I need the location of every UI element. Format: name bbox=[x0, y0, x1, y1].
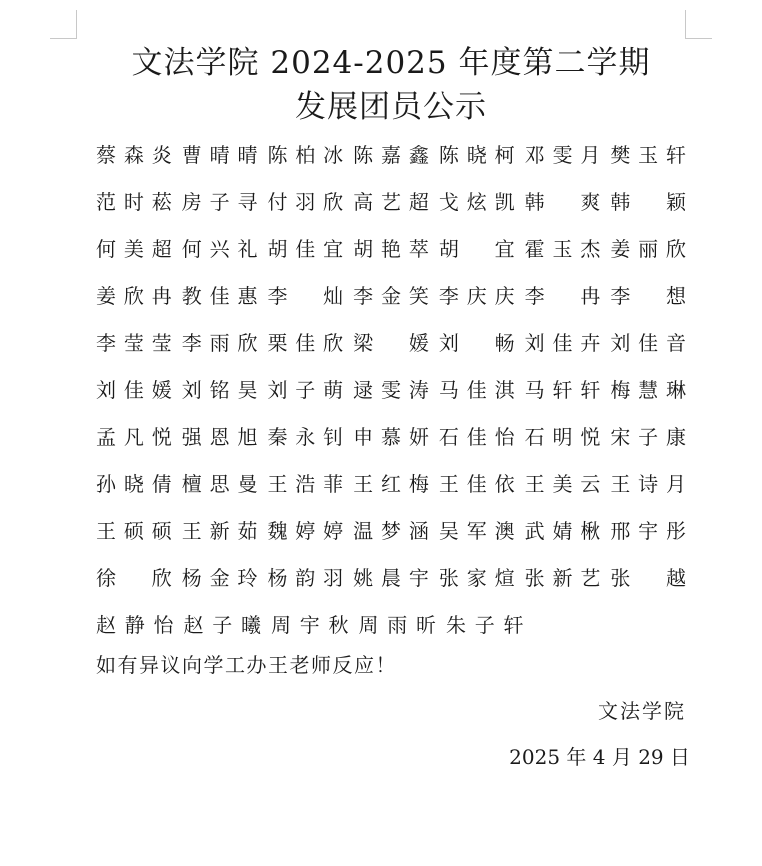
name-entry: 王诗月 bbox=[610, 471, 696, 497]
name-entry: 强恩旭 bbox=[182, 424, 268, 450]
name-row: 姜欣冉教佳惠李灿李金笑李庆庆李冉李想 bbox=[96, 283, 696, 330]
objection-note: 如有异议向学工办王老师反应！ bbox=[96, 652, 397, 678]
name-entry: 刘铭昊 bbox=[182, 377, 268, 403]
name-entry: 周宇秋 bbox=[271, 612, 359, 638]
name-entry: 李莹莹 bbox=[96, 330, 182, 356]
name-row: 徐欣杨金玲杨韵羽姚晨宇张家煊张新艺张越 bbox=[96, 565, 696, 612]
name-entry: 樊玉轩 bbox=[610, 142, 696, 168]
name-entry: 姜丽欣 bbox=[610, 236, 696, 262]
name-entry: 陈晓柯 bbox=[439, 142, 525, 168]
name-entry: 申慕妍 bbox=[353, 424, 439, 450]
name-entry: 张新艺 bbox=[525, 565, 611, 591]
name-entry: 石明悦 bbox=[525, 424, 611, 450]
document-title: 文法学院 2024-2025 年度第二学期 bbox=[0, 48, 762, 79]
name-entry: 马佳淇 bbox=[439, 377, 525, 403]
document-subtitle: 发展团员公示 bbox=[0, 92, 762, 123]
name-row: 蔡森炎曹晴晴陈柏冰陈嘉鑫陈晓柯邓雯月樊玉轩 bbox=[96, 142, 696, 189]
name-entry: 马轩轩 bbox=[525, 377, 611, 403]
name-entry: 姜欣冉 bbox=[96, 283, 182, 309]
name-entry: 王新茹 bbox=[182, 518, 268, 544]
name-entry: 陈嘉鑫 bbox=[353, 142, 439, 168]
name-entry: 刘佳音 bbox=[610, 330, 696, 356]
name-entry: 梅慧琳 bbox=[610, 377, 696, 403]
name-entry: 吴军澳 bbox=[439, 518, 525, 544]
name-list: 蔡森炎曹晴晴陈柏冰陈嘉鑫陈晓柯邓雯月樊玉轩范时菘房子寻付羽欣高艺超戈炫凯韩爽韩颖… bbox=[96, 142, 696, 659]
name-entry: 赵子曦 bbox=[184, 612, 272, 638]
name-entry: 何美超 bbox=[96, 236, 182, 262]
name-entry: 邓雯月 bbox=[525, 142, 611, 168]
name-entry: 房子寻 bbox=[182, 189, 268, 215]
name-entry: 李金笑 bbox=[353, 283, 439, 309]
name-entry: 张家煊 bbox=[439, 565, 525, 591]
name-entry: 梁媛 bbox=[353, 330, 439, 356]
name-entry: 霍玉杰 bbox=[525, 236, 611, 262]
name-entry: 姚晨宇 bbox=[353, 565, 439, 591]
name-row: 王硕硕王新茹魏婷婷温梦涵吴军澳武婧楸邢宇彤 bbox=[96, 518, 696, 565]
page-corner-mark-top-right bbox=[685, 10, 712, 39]
name-entry: 秦永钊 bbox=[267, 424, 353, 450]
name-entry: 李庆庆 bbox=[439, 283, 525, 309]
name-entry: 朱子轩 bbox=[446, 612, 534, 638]
name-entry: 逯雯涛 bbox=[353, 377, 439, 403]
name-entry: 曹晴晴 bbox=[182, 142, 268, 168]
name-entry: 温梦涵 bbox=[353, 518, 439, 544]
name-entry: 周雨昕 bbox=[359, 612, 447, 638]
name-entry: 李雨欣 bbox=[182, 330, 268, 356]
name-entry: 韩爽 bbox=[525, 189, 611, 215]
name-entry: 王佳依 bbox=[439, 471, 525, 497]
name-entry: 杨金玲 bbox=[182, 565, 268, 591]
name-entry: 何兴礼 bbox=[182, 236, 268, 262]
name-entry: 徐欣 bbox=[96, 565, 182, 591]
name-entry: 高艺超 bbox=[353, 189, 439, 215]
name-entry: 刘子萌 bbox=[267, 377, 353, 403]
name-row: 孟凡悦强恩旭秦永钊申慕妍石佳怡石明悦宋子康 bbox=[96, 424, 696, 471]
name-entry: 陈柏冰 bbox=[267, 142, 353, 168]
name-entry: 宋子康 bbox=[610, 424, 696, 450]
name-entry: 王红梅 bbox=[353, 471, 439, 497]
name-entry: 胡宜 bbox=[439, 236, 525, 262]
name-entry: 李冉 bbox=[525, 283, 611, 309]
name-entry: 李想 bbox=[610, 283, 696, 309]
name-entry: 张越 bbox=[610, 565, 696, 591]
name-entry: 孙晓倩 bbox=[96, 471, 182, 497]
name-entry: 教佳惠 bbox=[182, 283, 268, 309]
name-entry: 蔡森炎 bbox=[96, 142, 182, 168]
name-entry: 王硕硕 bbox=[96, 518, 182, 544]
name-entry: 栗佳欣 bbox=[267, 330, 353, 356]
name-entry: 檀思曼 bbox=[182, 471, 268, 497]
name-row: 刘佳媛刘铭昊刘子萌逯雯涛马佳淇马轩轩梅慧琳 bbox=[96, 377, 696, 424]
name-entry: 付羽欣 bbox=[267, 189, 353, 215]
name-entry: 范时菘 bbox=[96, 189, 182, 215]
name-entry: 刘佳媛 bbox=[96, 377, 182, 403]
name-entry: 戈炫凯 bbox=[439, 189, 525, 215]
name-entry: 胡佳宜 bbox=[267, 236, 353, 262]
name-row: 李莹莹李雨欣栗佳欣梁媛刘畅刘佳卉刘佳音 bbox=[96, 330, 696, 377]
name-row: 何美超何兴礼胡佳宜胡艳萃胡宜霍玉杰姜丽欣 bbox=[96, 236, 696, 283]
name-entry: 杨韵羽 bbox=[267, 565, 353, 591]
name-row: 孙晓倩檀思曼王浩菲王红梅王佳依王美云王诗月 bbox=[96, 471, 696, 518]
name-entry: 王美云 bbox=[525, 471, 611, 497]
name-entry: 石佳怡 bbox=[439, 424, 525, 450]
name-entry: 李灿 bbox=[267, 283, 353, 309]
name-entry: 武婧楸 bbox=[525, 518, 611, 544]
signature: 文法学院 bbox=[598, 698, 686, 724]
document-date: 2025 年 4 月 29 日 bbox=[509, 744, 690, 770]
name-entry: 胡艳萃 bbox=[353, 236, 439, 262]
page-corner-mark-top-left bbox=[50, 10, 77, 39]
name-entry: 王浩菲 bbox=[267, 471, 353, 497]
name-entry: 魏婷婷 bbox=[267, 518, 353, 544]
name-entry: 邢宇彤 bbox=[610, 518, 696, 544]
name-entry: 孟凡悦 bbox=[96, 424, 182, 450]
name-entry: 刘畅 bbox=[439, 330, 525, 356]
name-entry: 韩颖 bbox=[610, 189, 696, 215]
name-entry: 刘佳卉 bbox=[525, 330, 611, 356]
name-row: 范时菘房子寻付羽欣高艺超戈炫凯韩爽韩颖 bbox=[96, 189, 696, 236]
name-entry: 赵静怡 bbox=[96, 612, 184, 638]
